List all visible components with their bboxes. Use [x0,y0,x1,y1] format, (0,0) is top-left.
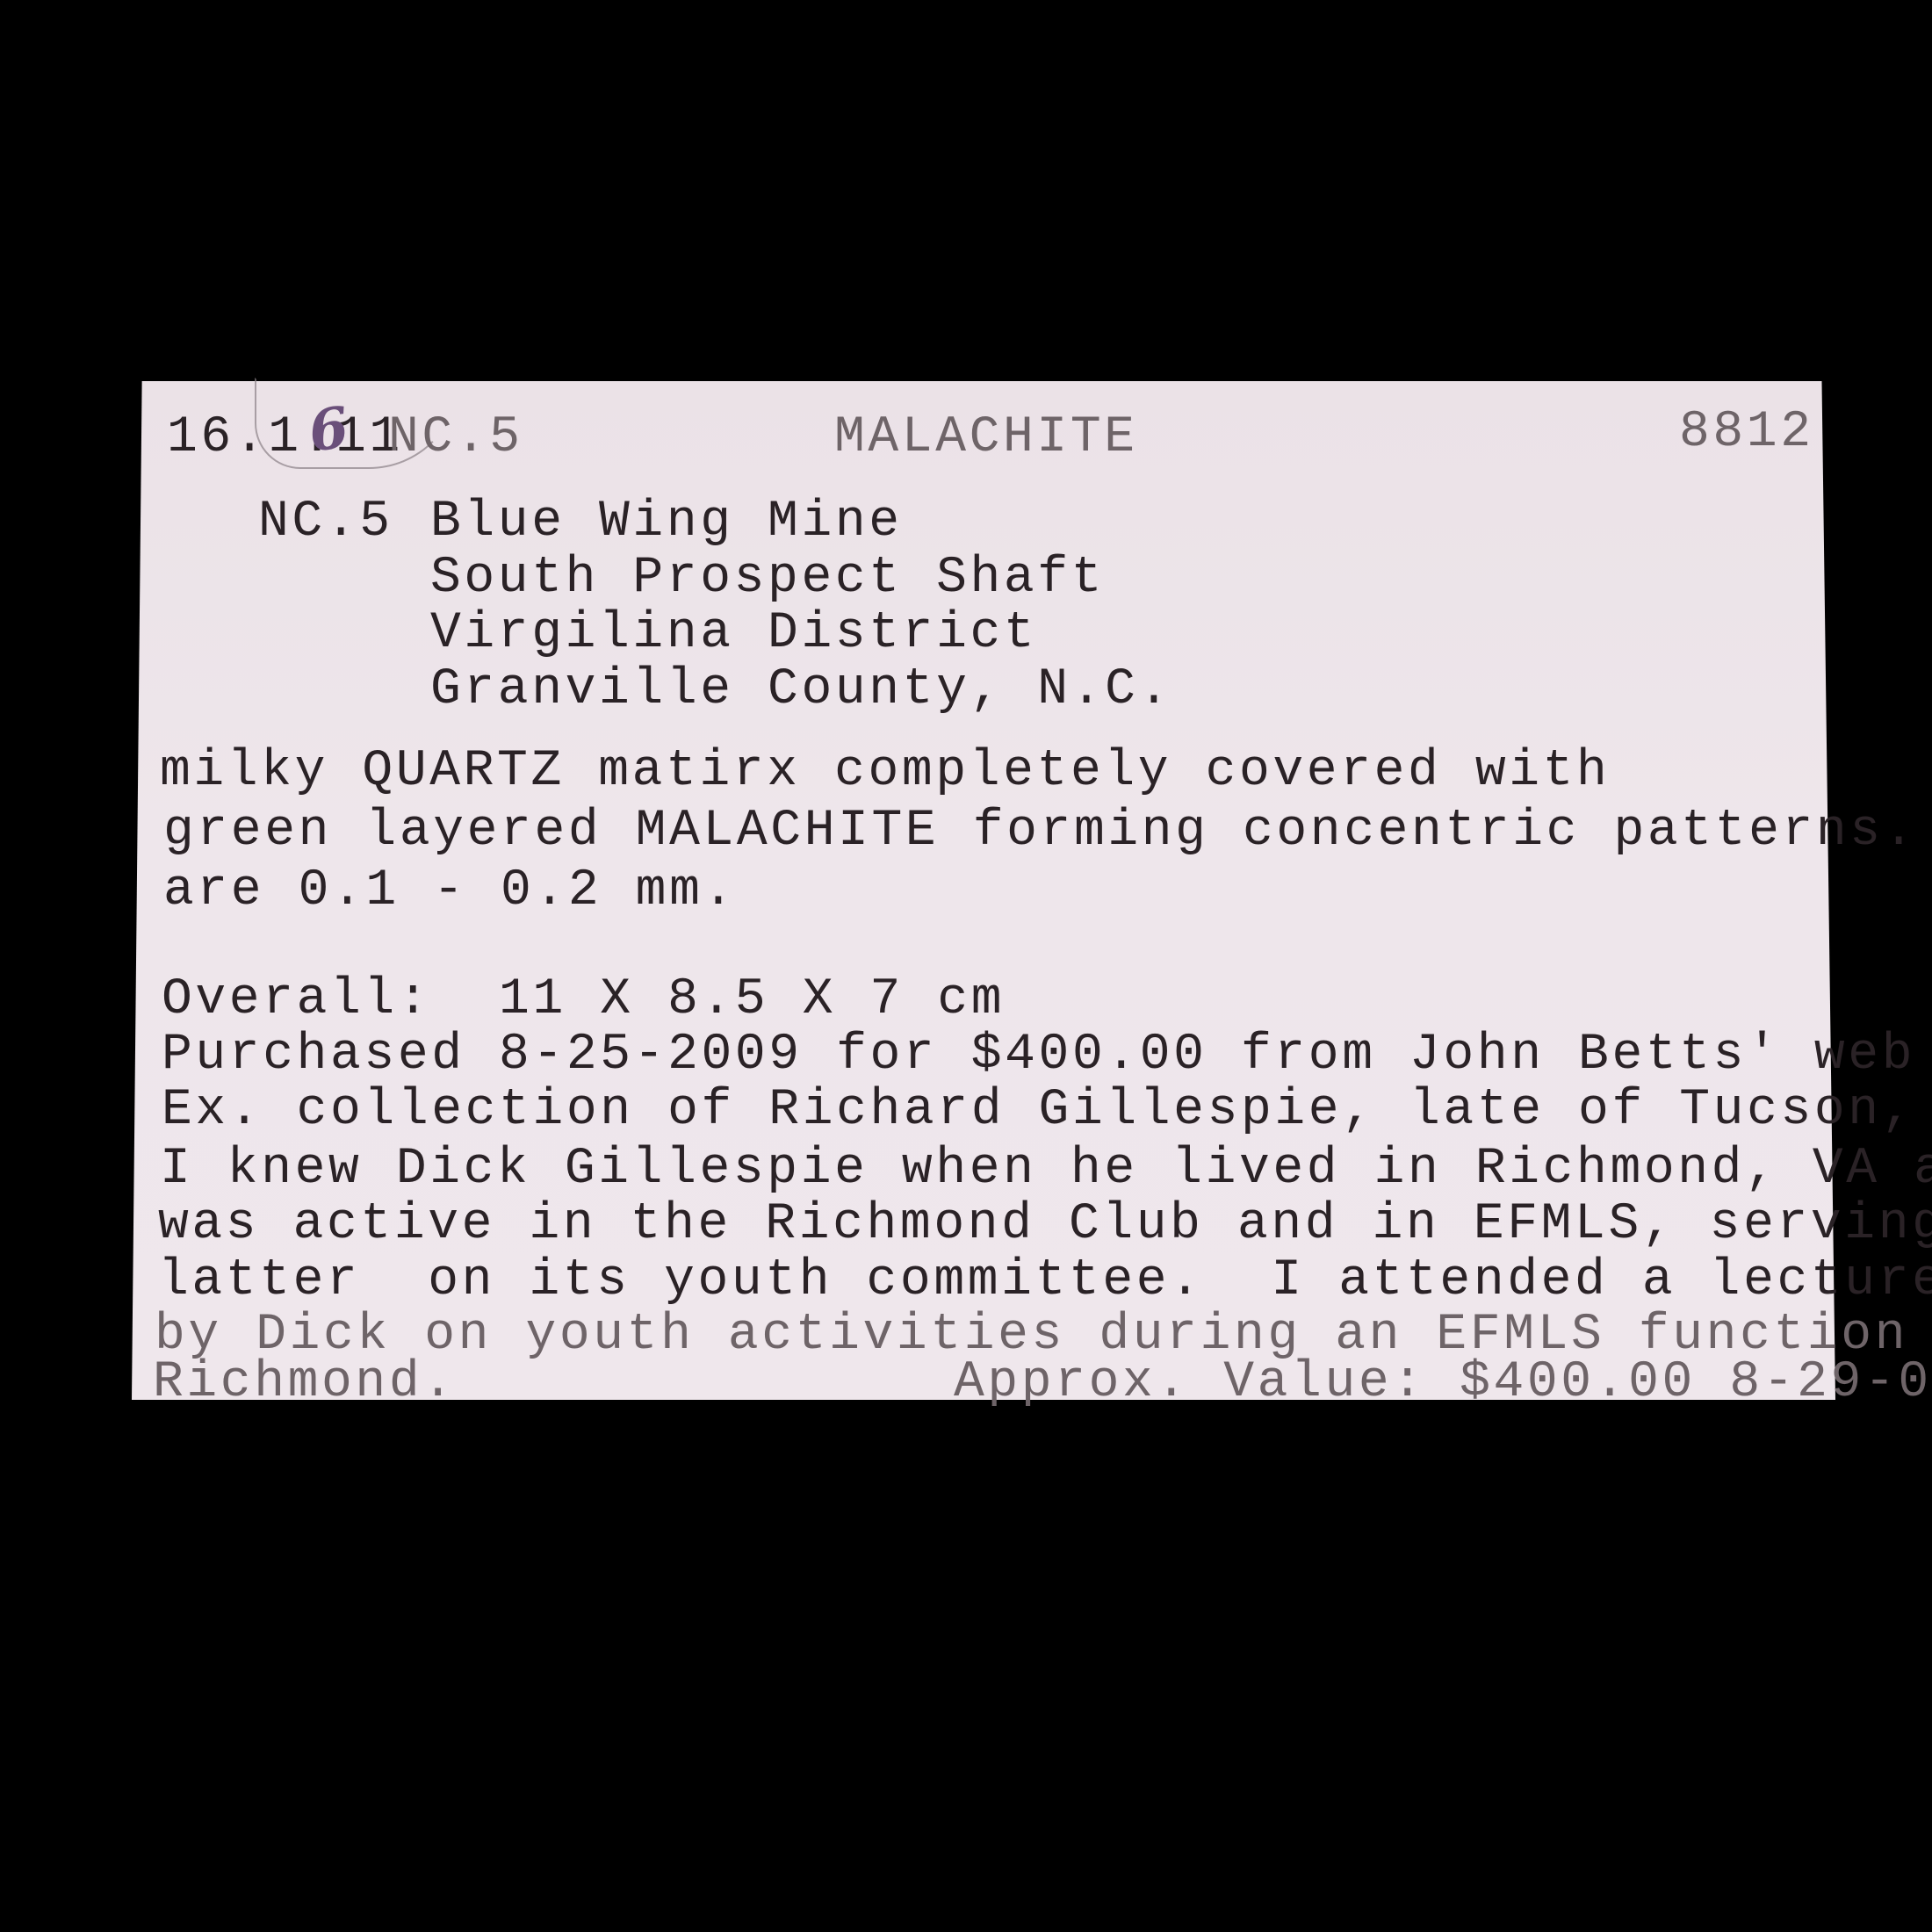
locality-line-district: Virgilina District [430,609,1037,660]
personal-note-3: latter on its youth committee. I attende… [158,1256,1932,1307]
description-line-3: are 0.1 - 0.2 mm. [163,866,737,917]
description-line-1: milky QUARTZ matirx completely covered w… [160,746,1610,797]
personal-note-1: I knew Dick Gillespie when he lived in R… [160,1144,1932,1195]
description-line-2: green layered MALACHITE forming concentr… [163,806,1932,857]
locality-line-county: Granville County, N.C. [430,665,1172,716]
locality-line-mine: Blue Wing Mine [430,497,903,548]
specimen-number: 8812 [1679,407,1814,458]
purchase-note: Purchased 8-25-2009 for $400.00 from Joh… [162,1030,1932,1081]
mineral-name: MALACHITE [834,413,1138,464]
overall-dimensions: Overall: 11 X 8.5 X 7 cm [162,975,1005,1026]
header-locality-code: NC.5 [388,413,523,464]
provenance-note: Ex. collection of Richard Gillespie, lat… [162,1085,1932,1136]
catalog-number: 16.1.11 [167,413,403,464]
personal-note-2: was active in the Richmond Club and in E… [158,1200,1932,1251]
locality-code: NC.5 [258,497,393,548]
locality-line-shaft: South Prospect Shaft [430,553,1105,604]
approx-value: Approx. Value: $400.00 8-29-09 [954,1358,1932,1409]
personal-note-5: Richmond. [153,1358,457,1409]
